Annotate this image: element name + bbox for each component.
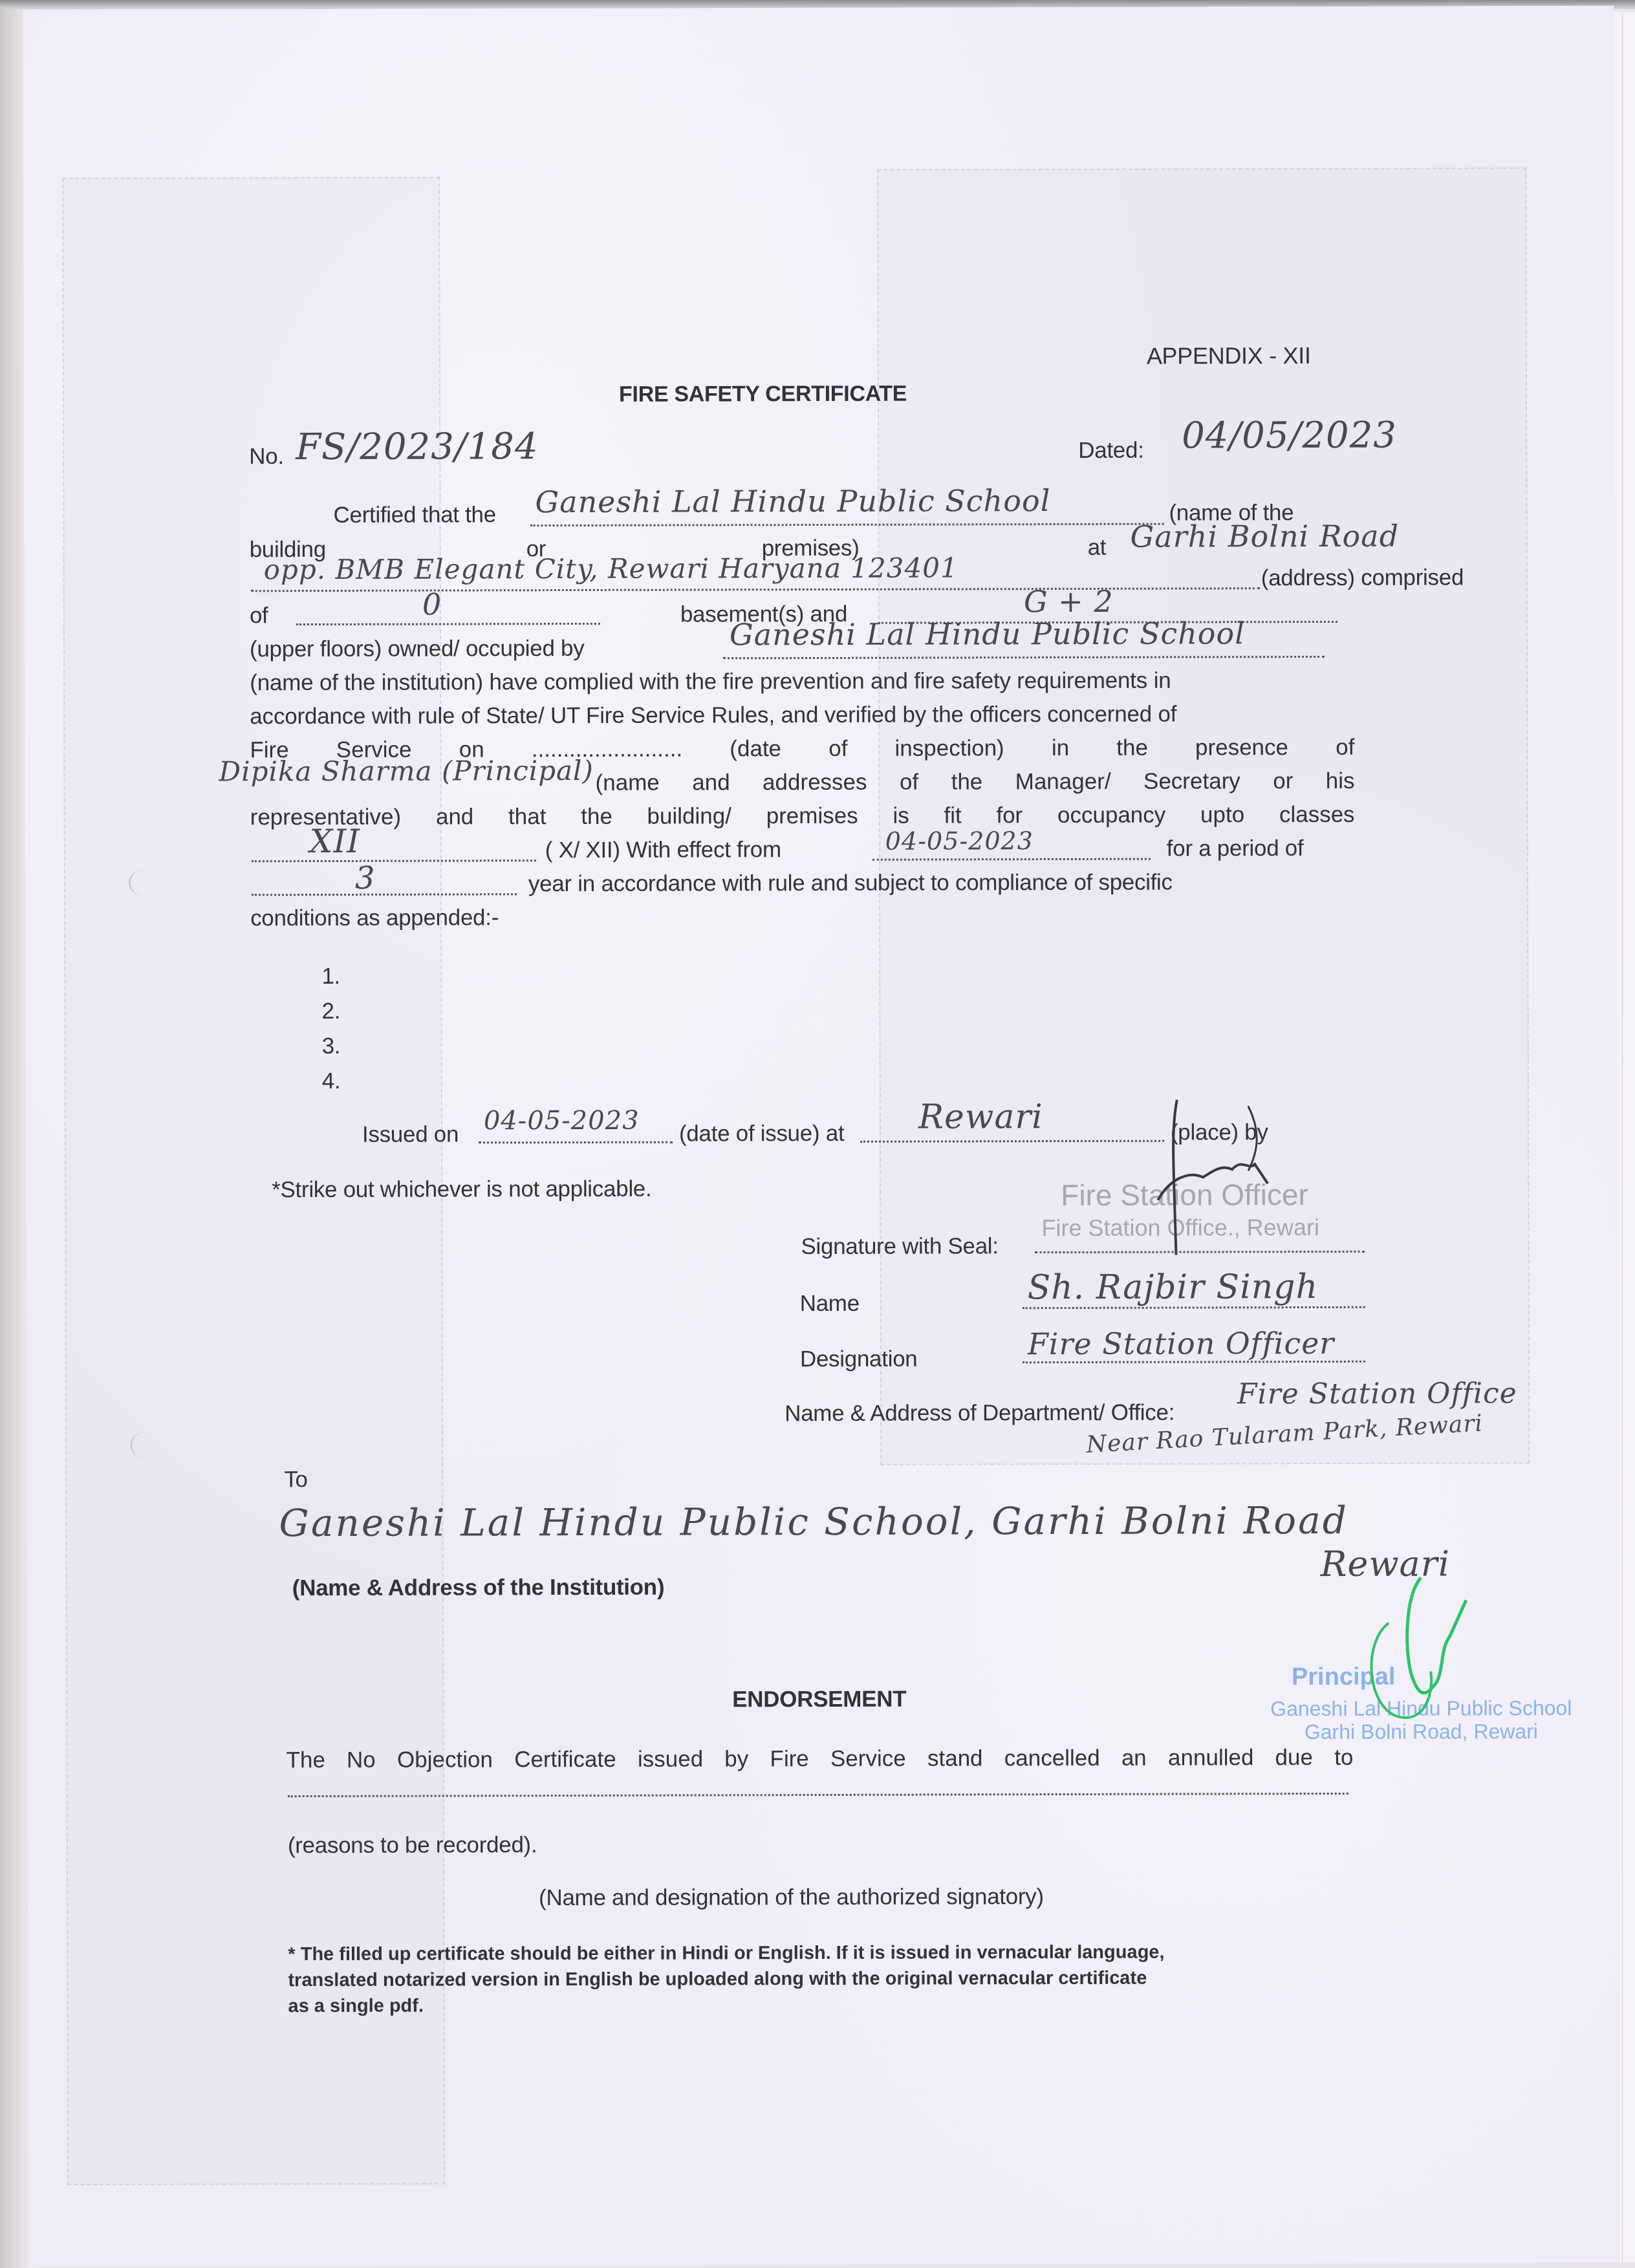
- word: (name: [596, 772, 660, 794]
- body-line-4-prefix: of: [250, 604, 268, 627]
- word: fit: [944, 804, 961, 826]
- representative-fill: Dipika Sharma (Principal): [219, 757, 593, 786]
- appendix-label: APPENDIX - XII: [1147, 344, 1311, 368]
- institution-caption: (Name & Address of the Institution): [292, 1576, 665, 1600]
- building-address-fill-cont: opp. BMB Elegant City, Rewari Haryana 12…: [264, 554, 958, 583]
- word: of: [828, 737, 847, 760]
- fill-line: [479, 1141, 673, 1144]
- certificate-page: APPENDIX - XII FIRE SAFETY CERTIFICATE N…: [23, 6, 1619, 2267]
- footnote-line-1: * The filled up certificate should be ei…: [288, 1943, 1164, 1965]
- word: premises: [766, 805, 858, 827]
- certificate-number-label: No.: [249, 445, 284, 468]
- body-line-5-prefix: (upper floors) owned/ occupied by: [250, 637, 584, 660]
- condition-item: 4.: [322, 1070, 341, 1092]
- word: cancelled: [1004, 1747, 1100, 1769]
- word: occupancy: [1057, 804, 1165, 826]
- to-label: To: [284, 1468, 307, 1491]
- body-line-10: representative) and that the building/ p…: [250, 803, 1355, 828]
- word: Manager/: [1015, 770, 1111, 793]
- building-address-fill: Garhi Bolni Road: [1131, 521, 1400, 552]
- body-line-9: (name and addresses of the Manager/ Secr…: [596, 770, 1355, 794]
- reason-fill-line: [288, 1793, 1348, 1797]
- officer-signature: [1151, 1093, 1281, 1262]
- word: presence: [1195, 736, 1288, 759]
- word: due: [1275, 1746, 1313, 1769]
- designation-label: Designation: [800, 1348, 918, 1370]
- word: of: [1336, 736, 1354, 759]
- word: Secretary: [1143, 770, 1240, 792]
- underlying-sheet-edge: [1622, 12, 1635, 2262]
- officer-name-value: Sh. Rajbir Singh: [1028, 1270, 1319, 1304]
- word: that: [508, 805, 546, 828]
- certificate-number-value: FS/2023/184: [296, 429, 539, 466]
- validity-years-fill: 3: [355, 863, 376, 894]
- fill-line: [252, 859, 536, 862]
- effective-date-fill: 04-05-2023: [885, 828, 1034, 854]
- basements-fill: 0: [422, 590, 442, 620]
- body-line-7: accordance with rule of State/ UT Fire S…: [250, 703, 1176, 728]
- body-line-1-prefix: Certified that the: [333, 503, 496, 526]
- fill-line: [252, 893, 517, 896]
- condition-item: 2.: [321, 1000, 340, 1022]
- word: Objection: [397, 1748, 493, 1771]
- word: issued: [638, 1747, 703, 1770]
- word: building/: [647, 805, 731, 827]
- punch-hole-mark: [130, 1432, 158, 1458]
- word: or: [1273, 770, 1293, 792]
- word: Certificate: [514, 1748, 616, 1771]
- issued-mid: (date of issue) at: [679, 1122, 844, 1145]
- body-line-11-suffix: for a period of: [1167, 837, 1304, 860]
- strike-out-note: *Strike out whichever is not applicable.: [272, 1178, 651, 1202]
- officer-designation-value: Fire Station Officer: [1028, 1328, 1335, 1359]
- endorsement-text: The No Objection Certificate issued by F…: [286, 1746, 1353, 1771]
- word: the: [581, 805, 612, 828]
- endorsement-title: ENDORSEMENT: [732, 1688, 906, 1711]
- word: to: [1334, 1746, 1353, 1769]
- word: stand: [927, 1747, 983, 1769]
- principal-signature: [1359, 1571, 1489, 1727]
- body-line-11-mid: ( X/ XII) With effect from: [545, 838, 781, 861]
- signature-with-seal-label: Signature with Seal:: [801, 1235, 998, 1258]
- body-line-3-suffix: (address) comprised: [1261, 566, 1464, 589]
- page-title: FIRE SAFETY CERTIFICATE: [619, 383, 907, 405]
- reasons-caption: (reasons to be recorded).: [288, 1833, 537, 1857]
- word: inspection): [894, 737, 1004, 759]
- body-line-2-word: at: [1088, 536, 1107, 559]
- classes-fill: XII: [310, 825, 360, 858]
- word: the: [951, 770, 983, 793]
- punch-hole-mark: [129, 870, 157, 896]
- footnote-line-2: translated notarized version in English …: [288, 1969, 1147, 1990]
- body-line-6: (name of the institution) have complied …: [250, 669, 1171, 695]
- upper-floors-fill: G + 2: [1024, 587, 1114, 616]
- footnote-line-3: as a single pdf.: [288, 1997, 424, 2016]
- word: Fire: [770, 1747, 808, 1770]
- issue-place-fill: Rewari: [918, 1100, 1043, 1134]
- word: (date: [730, 737, 781, 760]
- word: addresses: [763, 771, 867, 794]
- word: the: [1116, 737, 1148, 759]
- word: and: [436, 805, 473, 828]
- word: No: [347, 1749, 376, 1771]
- body-line-13: conditions as appended:-: [250, 906, 499, 929]
- condition-item: 1.: [321, 965, 340, 988]
- occupier-fill: Ganeshi Lal Hindu Public School: [730, 618, 1245, 649]
- issued-on-prefix: Issued on: [362, 1123, 459, 1145]
- word: and: [692, 771, 730, 794]
- word: The: [286, 1749, 325, 1771]
- fill-line: [296, 623, 600, 625]
- word: an: [1121, 1747, 1147, 1769]
- word: by: [724, 1747, 748, 1770]
- dated-value: 04/05/2023: [1182, 418, 1397, 455]
- word: is: [893, 805, 909, 827]
- word: annulled: [1168, 1746, 1253, 1769]
- institution-address-line-1: Ganeshi Lal Hindu Public School, Garhi B…: [279, 1502, 1348, 1542]
- word: in: [1052, 737, 1069, 759]
- word: for: [996, 804, 1023, 826]
- word: Service: [830, 1747, 906, 1770]
- dated-label: Dated:: [1078, 439, 1143, 462]
- name-label: Name: [800, 1292, 860, 1315]
- word: classes: [1279, 803, 1355, 826]
- word: upto: [1200, 803, 1244, 826]
- condition-item: 3.: [322, 1035, 341, 1057]
- word: his: [1326, 770, 1355, 792]
- word: of: [900, 771, 918, 794]
- department-value: Fire Station Office: [1237, 1379, 1517, 1409]
- department-label: Name & Address of Department/ Office:: [785, 1401, 1175, 1425]
- issue-date-fill: 04-05-2023: [484, 1108, 640, 1134]
- body-line-12-suffix: year in accordance with rule and subject…: [528, 871, 1173, 896]
- signatory-caption: (Name and designation of the authorized …: [539, 1885, 1044, 1909]
- building-name-fill: Ganeshi Lal Hindu Public School: [535, 486, 1050, 517]
